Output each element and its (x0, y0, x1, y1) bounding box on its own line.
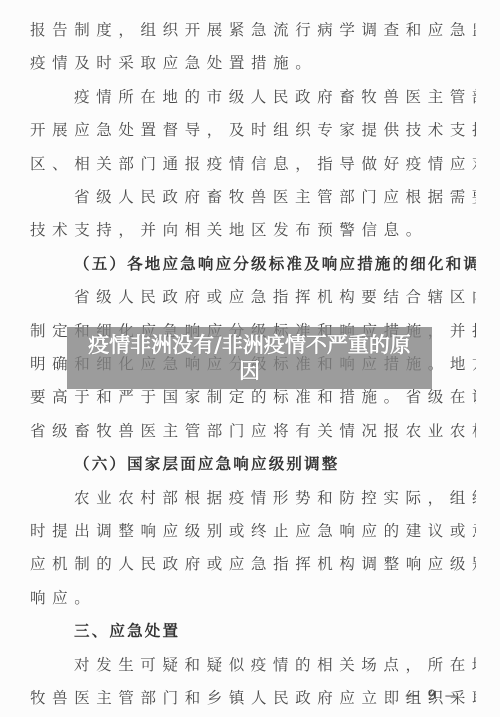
text-line: 技术支持，并向相关地区发布预警信息。 (30, 214, 476, 247)
page-number: — 9 — (405, 688, 461, 704)
text-line: 应机制的人民政府或应急指挥机构调整响应级别或终止应急 (30, 548, 476, 581)
text-line: 响应。 (30, 582, 476, 615)
text-line: 省级畜牧兽医主管部门应将有关情况报农业农村部备案。 (30, 415, 476, 448)
text-line: 省级人民政府或应急指挥机构要结合辖区内工作实际，科学 (30, 281, 476, 314)
overlay-title[interactable]: 疫情非洲没有/非洲疫情不严重的原因 (85, 332, 415, 384)
text-line: 对发生可疑和疑似疫情的相关场点，所在地县级人民政府畜 (30, 649, 476, 682)
text-line: 疫情所在地的市级人民政府畜牧兽医主管部门对疫情发生地 (30, 81, 476, 114)
text-line: 农业农村部根据疫情形势和防控实际，组织开展评估分析，及 (30, 482, 476, 515)
section-heading: （五）各地应急响应分级标准及响应措施的细化和调整 (30, 248, 476, 281)
section-heading: 三、应急处置 (30, 615, 476, 648)
text-line: 省级人民政府畜牧兽医主管部门应根据需要对疫情处置提供 (30, 181, 476, 214)
text-line: 时提出调整响应级别或终止应急响应的建议或意见。由原启动响 (30, 515, 476, 548)
section-heading: （六）国家层面应急响应级别调整 (30, 448, 476, 481)
text-line: 区、相关部门通报疫情信息，指导做好疫情应对。 (30, 148, 476, 181)
text-line: 开展应急处置督导，及时组织专家提供技术支持；向本市有关县 (30, 114, 476, 147)
text-line: 疫情及时采取应急处置措施。 (30, 47, 476, 80)
text-line: 报告制度，组织开展紧急流行病学调查和应急监测工作；对发现的 (30, 14, 476, 47)
title-overlay-banner[interactable]: 疫情非洲没有/非洲疫情不严重的原因 (67, 327, 432, 389)
